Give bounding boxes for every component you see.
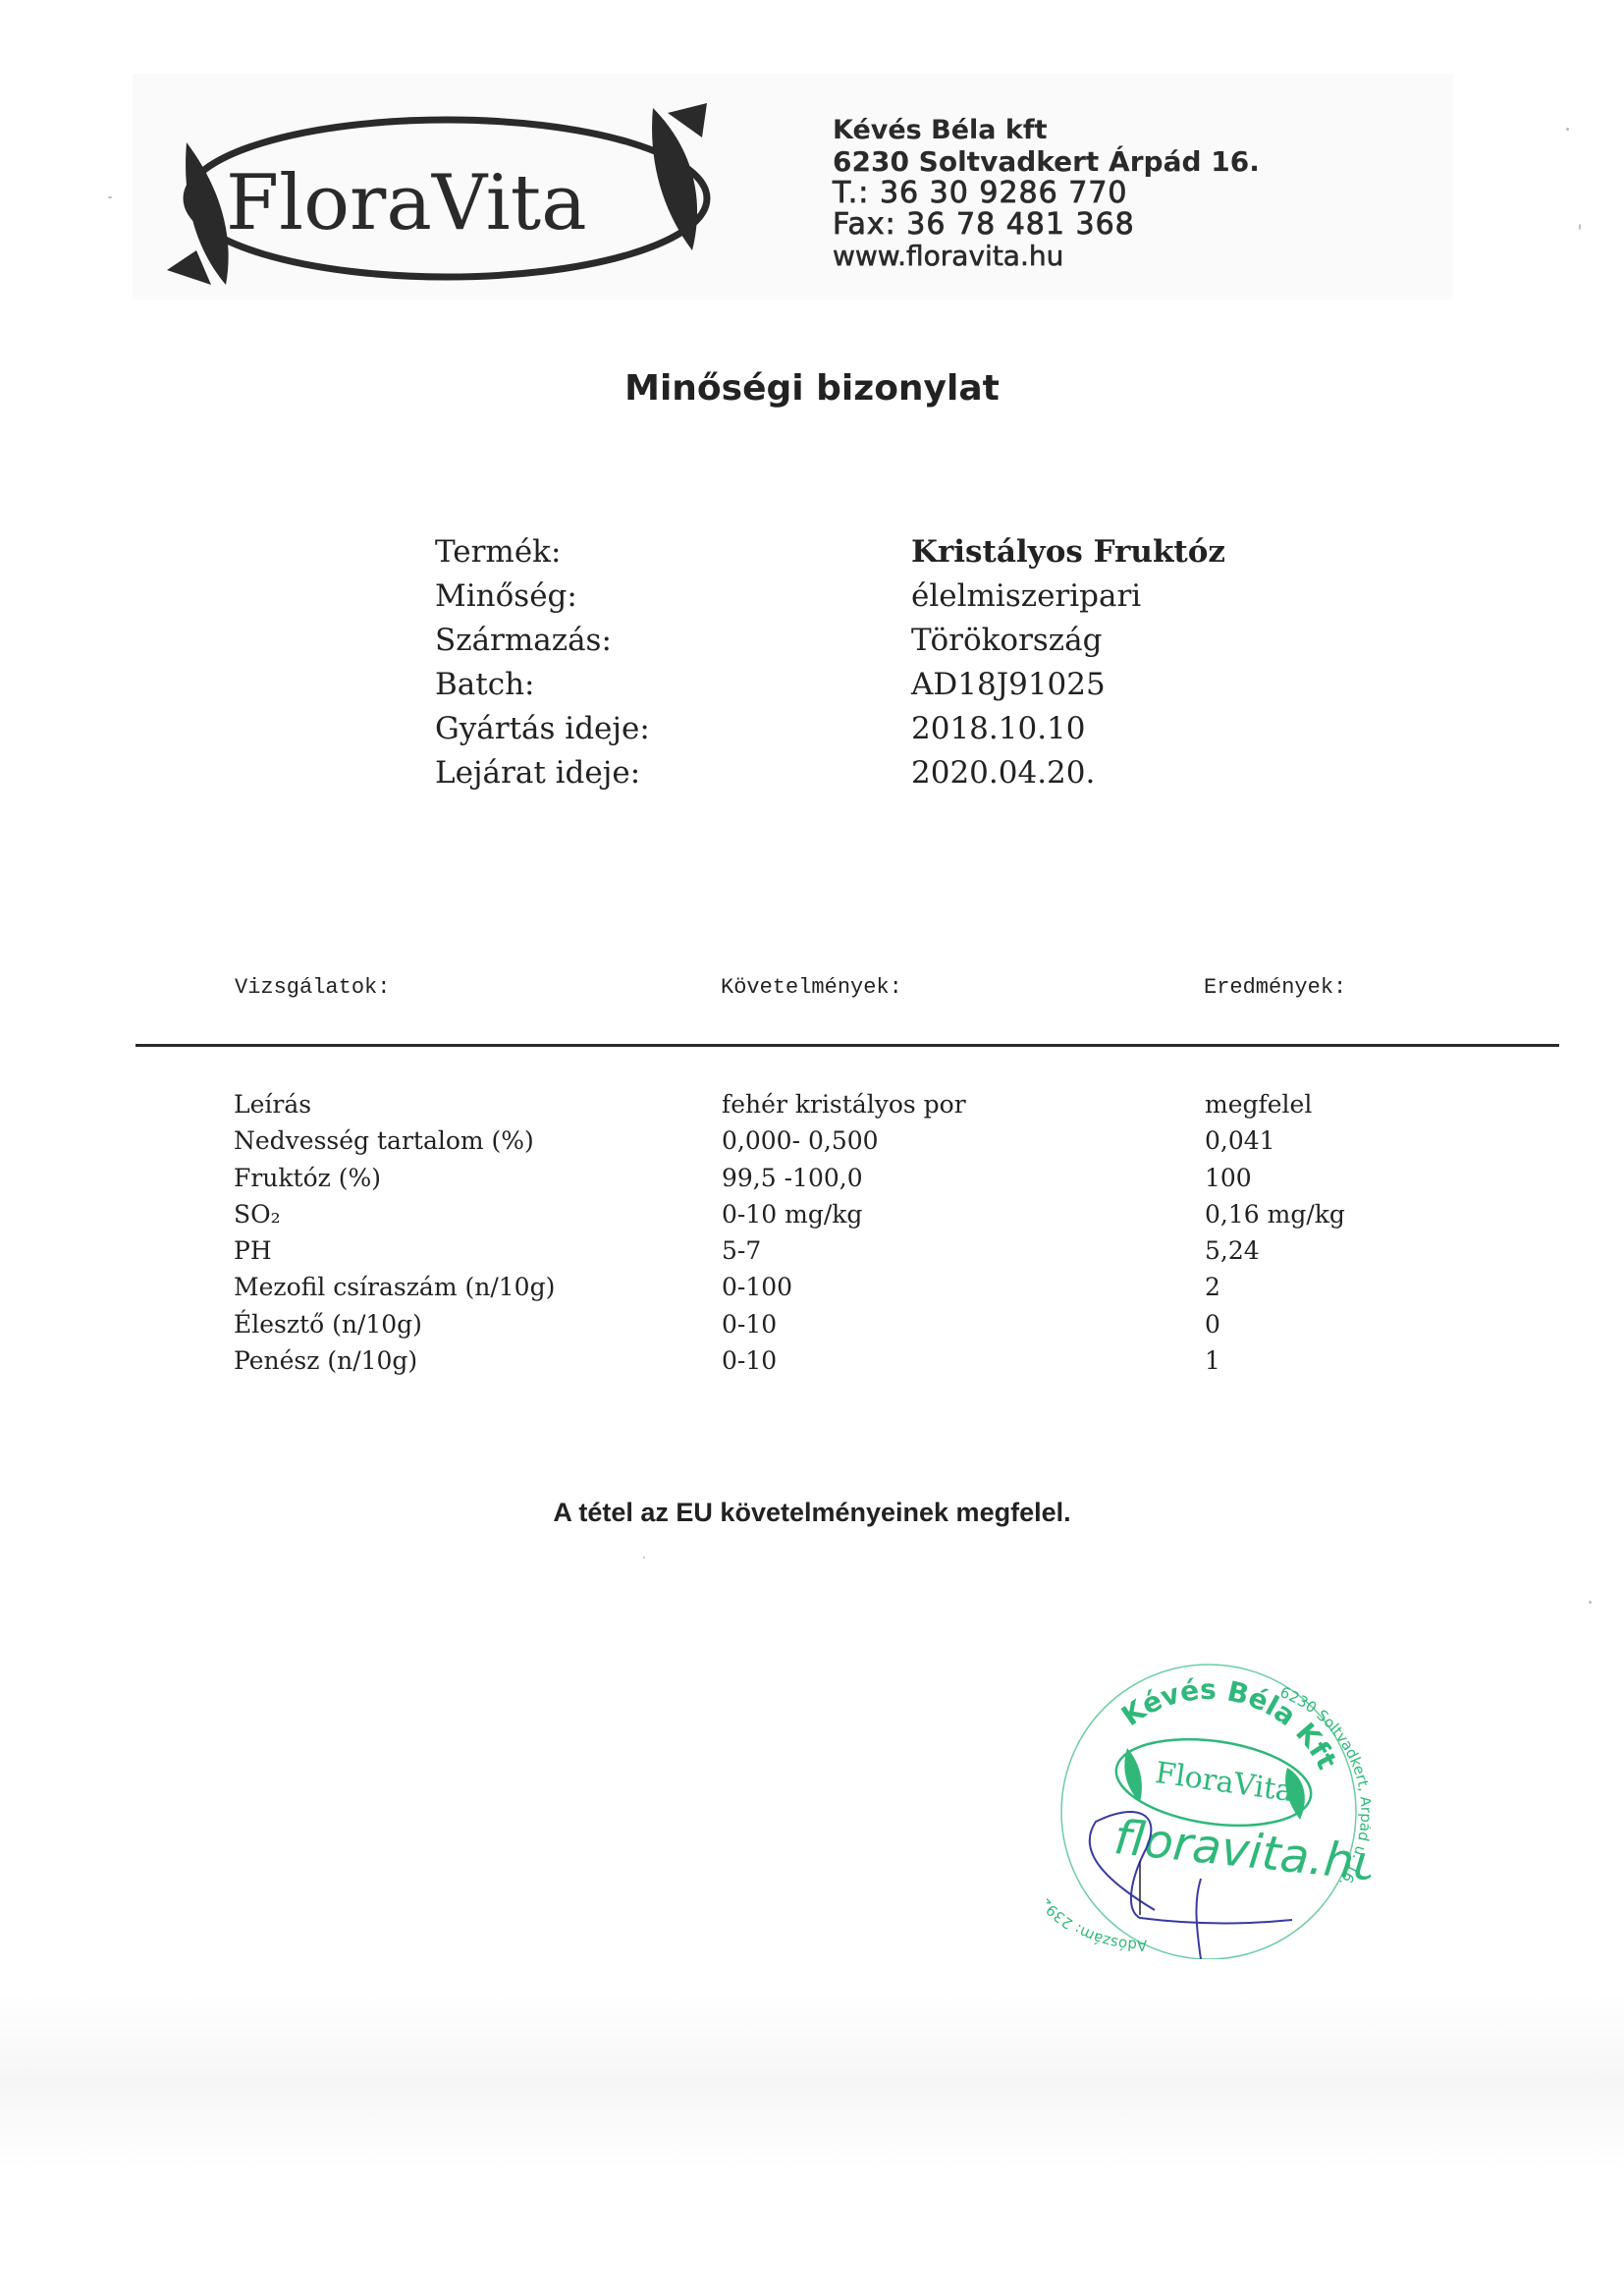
company-address: 6230 Soltvadkert Árpád 16. xyxy=(833,146,1260,178)
info-row-batch: Batch: AD18J91025 xyxy=(435,663,1225,707)
test-requirement: 0,000- 0,500 xyxy=(722,1122,1205,1159)
leaf-right-icon xyxy=(652,108,697,250)
company-phone: T.: 36 30 9286 770 xyxy=(833,178,1260,209)
test-result: 100 xyxy=(1205,1160,1252,1196)
info-value: 2020.04.20. xyxy=(911,751,1095,795)
scan-speck xyxy=(108,196,112,198)
company-contact-block: Kévés Béla kft 6230 Soltvadkert Árpád 16… xyxy=(833,115,1260,272)
svg-text:FloraVita: FloraVita xyxy=(226,159,587,247)
test-requirement: 99,5 -100,0 xyxy=(722,1160,1205,1196)
conclusion-statement: A tétel az EU követelményeinek megfelel. xyxy=(0,1498,1624,1528)
scan-shade xyxy=(0,1994,1624,2170)
info-value: Kristályos Fruktóz xyxy=(911,530,1225,574)
scan-speck xyxy=(1566,128,1569,131)
scan-speck xyxy=(1579,224,1581,230)
info-label: Lejárat ideje: xyxy=(435,751,911,795)
info-row-product: Termék: Kristályos Fruktóz xyxy=(435,530,1225,574)
logo-graphic: FloraVita xyxy=(157,103,736,295)
test-name: Élesztő (n/10g) xyxy=(234,1306,722,1342)
company-name: Kévés Béla kft xyxy=(833,115,1260,146)
table-row: PH 5-7 5,24 xyxy=(234,1232,1345,1269)
stamp-leaf-left-icon xyxy=(1124,1748,1142,1802)
table-row: Penész (n/10g) 0-10 1 xyxy=(234,1342,1345,1379)
company-fax: Fax: 36 78 481 368 xyxy=(833,209,1260,241)
table-row: Fruktóz (%) 99,5 -100,0 100 xyxy=(234,1160,1345,1196)
company-website: www.floravita.hu xyxy=(833,241,1260,272)
test-result: 1 xyxy=(1205,1342,1220,1379)
test-name: Mezofil csíraszám (n/10g) xyxy=(234,1269,722,1305)
stamp-graphic: Kévés Béla Kft 6230 Soltvadkert, Árpád u… xyxy=(1047,1655,1371,1959)
test-requirement: 0-10 mg/kg xyxy=(722,1196,1205,1232)
info-value: élelmiszeripari xyxy=(911,574,1141,619)
test-result: 5,24 xyxy=(1205,1232,1260,1269)
info-row-quality: Minőség: élelmiszeripari xyxy=(435,574,1225,619)
test-result: 2 xyxy=(1205,1269,1220,1305)
table-row: Mezofil csíraszám (n/10g) 0-100 2 xyxy=(234,1269,1345,1305)
test-requirement: 0-100 xyxy=(722,1269,1205,1305)
floravita-logo: FloraVita xyxy=(157,103,736,295)
company-stamp: Kévés Béla Kft 6230 Soltvadkert, Árpád u… xyxy=(1047,1655,1371,1959)
test-name: Leírás xyxy=(234,1086,722,1122)
table-divider xyxy=(135,1044,1559,1047)
table-row: SO₂ 0-10 mg/kg 0,16 mg/kg xyxy=(234,1196,1345,1232)
table-row: Élesztő (n/10g) 0-10 0 xyxy=(234,1306,1345,1342)
test-result: megfelel xyxy=(1205,1086,1312,1122)
test-name: Nedvesség tartalom (%) xyxy=(234,1122,722,1159)
test-result: 0 xyxy=(1205,1306,1220,1342)
svg-text:Kévés Béla Kft: Kévés Béla Kft xyxy=(1115,1673,1343,1775)
info-value: 2018.10.10 xyxy=(911,707,1086,751)
info-label: Batch: xyxy=(435,663,911,707)
info-row-expiry-date: Lejárat ideje: 2020.04.20. xyxy=(435,751,1225,795)
header-tests: Vizsgálatok: xyxy=(235,975,390,1000)
header-requirements: Követelmények: xyxy=(721,975,902,1000)
test-name: PH xyxy=(234,1232,722,1269)
header-results: Eredmények: xyxy=(1204,975,1346,1000)
info-label: Minőség: xyxy=(435,574,911,619)
product-info: Termék: Kristályos Fruktóz Minőség: élel… xyxy=(435,530,1225,795)
test-requirement: 0-10 xyxy=(722,1306,1205,1342)
info-row-production-date: Gyártás ideje: 2018.10.10 xyxy=(435,707,1225,751)
info-label: Gyártás ideje: xyxy=(435,707,911,751)
test-requirement: 0-10 xyxy=(722,1342,1205,1379)
scan-speck xyxy=(643,1557,645,1558)
info-label: Termék: xyxy=(435,530,911,574)
table-row: Nedvesség tartalom (%) 0,000- 0,500 0,04… xyxy=(234,1122,1345,1159)
test-requirement: 5-7 xyxy=(722,1232,1205,1269)
scan-speck xyxy=(1589,1601,1592,1604)
info-label: Származás: xyxy=(435,619,911,663)
test-result: 0,16 mg/kg xyxy=(1205,1196,1345,1232)
test-result: 0,041 xyxy=(1205,1122,1275,1159)
test-name: SO₂ xyxy=(234,1196,722,1232)
document-title: Minőségi bizonylat xyxy=(0,368,1624,409)
test-requirement: fehér kristályos por xyxy=(722,1086,1205,1122)
stamp-top-text: Kévés Béla Kft xyxy=(1115,1673,1343,1775)
results-table: Leírás fehér kristályos por megfelel Ned… xyxy=(234,1086,1345,1379)
info-row-origin: Származás: Törökország xyxy=(435,619,1225,663)
info-value: AD18J91025 xyxy=(911,663,1106,707)
test-name: Fruktóz (%) xyxy=(234,1160,722,1196)
info-value: Törökország xyxy=(911,619,1102,663)
svg-text:FloraVita: FloraVita xyxy=(1153,1756,1295,1809)
table-row: Leírás fehér kristályos por megfelel xyxy=(234,1086,1345,1122)
test-name: Penész (n/10g) xyxy=(234,1342,722,1379)
